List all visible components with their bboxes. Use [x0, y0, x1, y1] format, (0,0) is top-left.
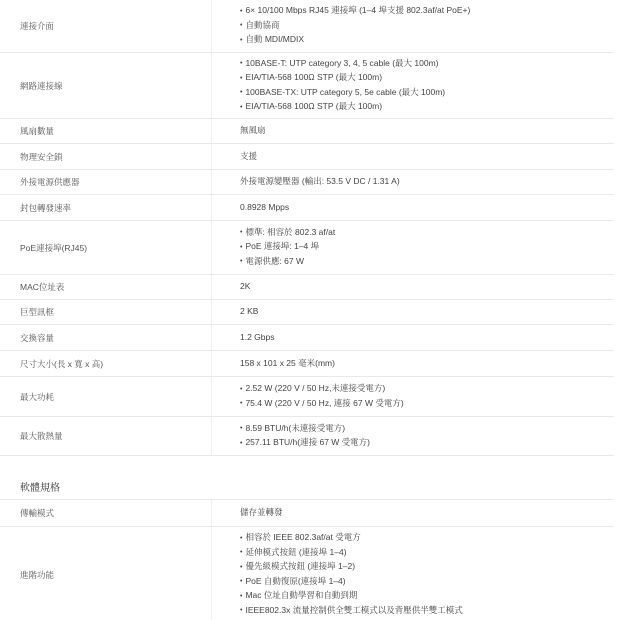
spec-value-line: 2.52 W (220 V / 50 Hz,未連接受電方) — [240, 382, 614, 397]
spec-value-line: 無風扇 — [240, 124, 614, 138]
spec-value: 無風扇 — [212, 119, 614, 143]
spec-row-fan-count: 風扇數量 無風扇 — [0, 119, 614, 144]
hardware-spec-table: 連接介面 6× 10/100 Mbps RJ45 連接埠 (1–4 埠支援 80… — [0, 0, 614, 456]
spec-label: 網路連接線 — [0, 53, 212, 118]
spec-value-line: 100BASE-TX: UTP category 5, 5e cable (最大… — [240, 86, 614, 101]
spec-value-line: 延伸模式按鈕 (連接埠 1–4) — [240, 546, 614, 561]
spec-value: 2K — [212, 275, 614, 299]
spec-value-line: 自動 MDI/MDIX — [240, 33, 614, 48]
spec-row-security-lock: 物理安全鎖 支援 — [0, 144, 614, 170]
spec-label: 進階功能 — [0, 527, 212, 620]
spec-value-line: EIA/TIA-568 100Ω STP (最大 100m) — [240, 71, 614, 86]
spec-value-line: 支援 — [240, 150, 614, 164]
spec-row-poe-ports: PoE連接埠(RJ45) 標準: 相容於 802.3 af/at PoE 連接埠… — [0, 221, 614, 275]
spec-value: 6× 10/100 Mbps RJ45 連接埠 (1–4 埠支援 802.3af… — [212, 0, 614, 52]
spec-label: PoE連接埠(RJ45) — [0, 221, 212, 274]
spec-value-line: 0.8928 Mpps — [240, 201, 614, 215]
spec-label: 物理安全鎖 — [0, 144, 212, 169]
spec-row-forwarding-rate: 封包轉發速率 0.8928 Mpps — [0, 195, 614, 221]
section-title-software: 軟體規格 — [20, 479, 60, 494]
spec-label: 傳輸模式 — [0, 500, 212, 526]
spec-value-line: 儲存並轉發 — [240, 506, 614, 520]
spec-row-transfer-mode: 傳輸模式 儲存並轉發 — [0, 500, 614, 527]
spec-value-line: 外接電源變壓器 (輸出: 53.5 V DC / 1.31 A) — [240, 175, 614, 189]
spec-value-line: 自動協商 — [240, 19, 614, 34]
spec-value-line: 257.11 BTU/h(連接 67 W 受電方) — [240, 436, 614, 451]
spec-row-connection-interface: 連接介面 6× 10/100 Mbps RJ45 連接埠 (1–4 埠支援 80… — [0, 0, 614, 53]
spec-value: 支援 — [212, 144, 614, 169]
spec-row-max-heat: 最大散熱量 8.59 BTU/h(未連接受電方) 257.11 BTU/h(連接… — [0, 417, 614, 456]
spec-label: 外接電源供應器 — [0, 170, 212, 194]
spec-row-power-supply: 外接電源供應器 外接電源變壓器 (輸出: 53.5 V DC / 1.31 A) — [0, 170, 614, 195]
software-spec-table: 傳輸模式 儲存並轉發 進階功能 相容於 IEEE 802.3af/at 受電方 … — [0, 499, 614, 620]
spec-row-max-power: 最大功耗 2.52 W (220 V / 50 Hz,未連接受電方) 75.4 … — [0, 377, 614, 417]
spec-value: 1.2 Gbps — [212, 325, 614, 350]
spec-value: 0.8928 Mpps — [212, 195, 614, 220]
spec-value: 相容於 IEEE 802.3af/at 受電方 延伸模式按鈕 (連接埠 1–4)… — [212, 527, 614, 620]
spec-value-line: 標準: 相容於 802.3 af/at — [240, 226, 614, 241]
spec-value: 2 KB — [212, 300, 614, 324]
spec-row-network-cable: 網路連接線 10BASE-T: UTP category 3, 4, 5 cab… — [0, 53, 614, 119]
spec-label: 巨型訊框 — [0, 300, 212, 324]
spec-value: 外接電源變壓器 (輸出: 53.5 V DC / 1.31 A) — [212, 170, 614, 194]
spec-value-line: PoE 自動復原(連接埠 1–4) — [240, 575, 614, 590]
spec-value: 標準: 相容於 802.3 af/at PoE 連接埠: 1–4 埠 電源供應:… — [212, 221, 614, 274]
spec-value-line: Mac 位址自動學習和自動到期 — [240, 589, 614, 604]
spec-row-advanced-features: 進階功能 相容於 IEEE 802.3af/at 受電方 延伸模式按鈕 (連接埠… — [0, 527, 614, 620]
spec-value-line: 2K — [240, 280, 614, 294]
spec-value: 儲存並轉發 — [212, 500, 614, 526]
spec-label: 交換容量 — [0, 325, 212, 350]
spec-row-switching-capacity: 交換容量 1.2 Gbps — [0, 325, 614, 351]
spec-label: 尺寸大小(長 x 寬 x 高) — [0, 351, 212, 376]
spec-value-line: PoE 連接埠: 1–4 埠 — [240, 240, 614, 255]
spec-value: 158 x 101 x 25 毫米(mm) — [212, 351, 614, 376]
spec-value-line: IEEE802.3x 流量控制供全雙工模式以及背壓供半雙工模式 — [240, 604, 614, 619]
spec-value-line: 1.2 Gbps — [240, 331, 614, 345]
spec-label: 最大功耗 — [0, 377, 212, 416]
spec-value-line: 相容於 IEEE 802.3af/at 受電方 — [240, 531, 614, 546]
spec-row-jumbo-frame: 巨型訊框 2 KB — [0, 300, 614, 325]
spec-label: 封包轉發速率 — [0, 195, 212, 220]
spec-value-line: 10BASE-T: UTP category 3, 4, 5 cable (最大… — [240, 57, 614, 72]
spec-value-line: EIA/TIA-568 100Ω STP (最大 100m) — [240, 100, 614, 115]
spec-value: 2.52 W (220 V / 50 Hz,未連接受電方) 75.4 W (22… — [212, 377, 614, 416]
spec-label: 風扇數量 — [0, 119, 212, 143]
spec-value-line: 2 KB — [240, 305, 614, 319]
spec-label: MAC位址表 — [0, 275, 212, 299]
spec-value-line: 優先級模式按鈕 (連接埠 1–2) — [240, 560, 614, 575]
spec-label: 最大散熱量 — [0, 417, 212, 455]
spec-value-line: 158 x 101 x 25 毫米(mm) — [240, 357, 614, 371]
spec-value: 8.59 BTU/h(未連接受電方) 257.11 BTU/h(連接 67 W … — [212, 417, 614, 455]
spec-row-dimensions: 尺寸大小(長 x 寬 x 高) 158 x 101 x 25 毫米(mm) — [0, 351, 614, 377]
spec-value-line: 電源供應: 67 W — [240, 255, 614, 270]
spec-value: 10BASE-T: UTP category 3, 4, 5 cable (最大… — [212, 53, 614, 118]
spec-value-line: 8.59 BTU/h(未連接受電方) — [240, 422, 614, 437]
spec-value-line: 6× 10/100 Mbps RJ45 連接埠 (1–4 埠支援 802.3af… — [240, 4, 614, 19]
spec-label: 連接介面 — [0, 0, 212, 52]
spec-value-line: 75.4 W (220 V / 50 Hz, 連接 67 W 受電方) — [240, 397, 614, 412]
spec-row-mac-table: MAC位址表 2K — [0, 275, 614, 300]
